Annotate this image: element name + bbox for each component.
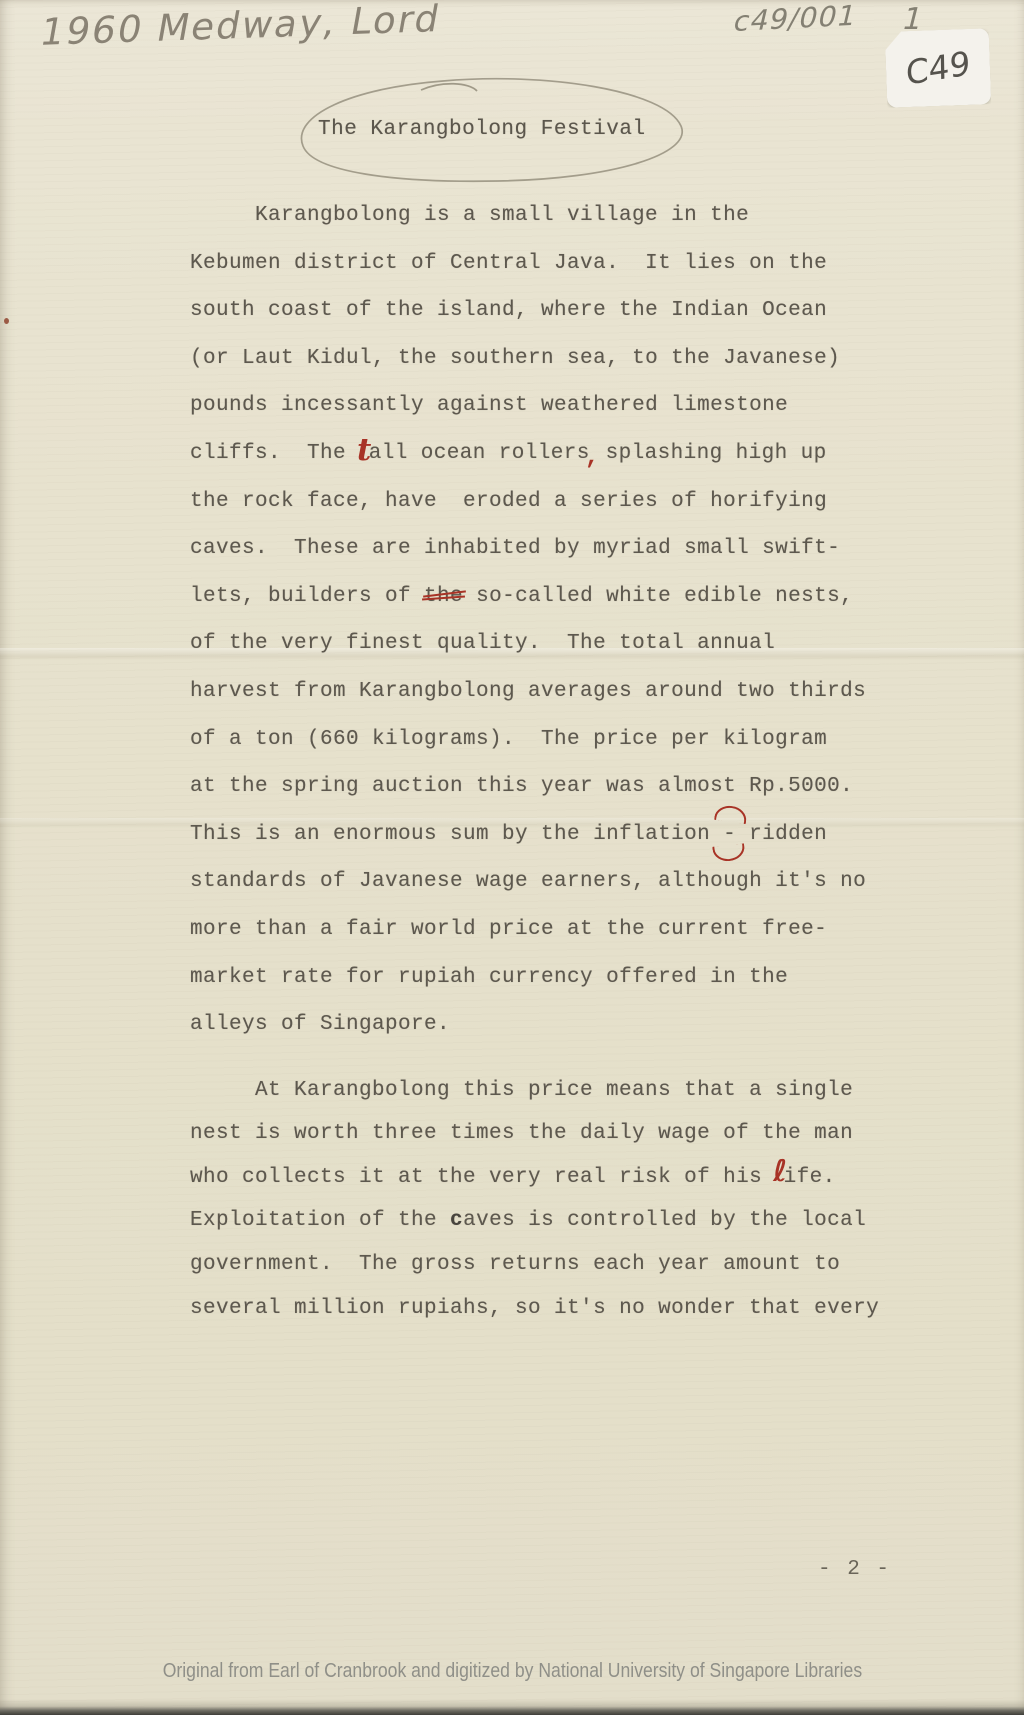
typed-line: Karangbolong is a small village in the <box>190 192 950 240</box>
typed-line: the rock face, have eroded a series of h… <box>190 478 950 526</box>
typed-line: This is an enormous sum by the inflation… <box>190 811 950 859</box>
overstruck-letter: c <box>450 1209 463 1232</box>
scanned-typescript-page: 1960 Medway, Lord c49/001 1 C49 The Kara… <box>0 0 1024 1715</box>
digitization-footer-text: Original from Earl of Cranbrook and digi… <box>162 1660 861 1683</box>
red-ink-closeup-mark: - <box>723 823 736 846</box>
handwritten-archive-code: c49/001 <box>730 0 860 38</box>
typed-line: government. The gross returns each year … <box>190 1243 950 1287</box>
typed-line: of the very finest quality. The total an… <box>190 620 950 668</box>
typed-line: caves. These are inhabited by myriad sma… <box>190 525 950 573</box>
red-ink-correction-letter: t <box>357 432 372 468</box>
typed-body: Karangbolong is a small village in theKe… <box>190 192 950 1330</box>
red-ink-inserted-comma: , <box>585 444 600 471</box>
typed-line: of a ton (660 kilograms). The price per … <box>190 716 950 764</box>
typed-line: more than a fair world price at the curr… <box>190 906 950 954</box>
digitization-footer: Original from Earl of Cranbrook and digi… <box>0 1660 1024 1683</box>
sticker-label: C49 <box>906 43 971 93</box>
typed-line: At Karangbolong this price means that a … <box>190 1069 950 1113</box>
typed-line: several million rupiahs, so it's no wond… <box>190 1287 950 1331</box>
typed-line: standards of Javanese wage earners, alth… <box>190 858 950 906</box>
typed-line: who collects it at the very real risk of… <box>190 1156 950 1200</box>
red-ink-strikethrough-word: the <box>424 585 463 608</box>
red-ink-correction-letter: ℓ <box>773 1154 788 1189</box>
typed-line: cliffs. The tall ocean rollers, splashin… <box>190 430 950 478</box>
ink-speck <box>4 318 9 324</box>
typed-line: at the spring auction this year was almo… <box>190 763 950 811</box>
bottom-page-edge <box>0 1699 1024 1715</box>
typed-line: alleys of Singapore. <box>190 1001 950 1049</box>
typed-line: Exploitation of the caves is controlled … <box>190 1199 950 1243</box>
page-number: - 2 - <box>818 1558 891 1581</box>
typed-line: Kebumen district of Central Java. It lie… <box>190 240 950 288</box>
typed-line: pounds incessantly against weathered lim… <box>190 382 950 430</box>
typed-line: (or Laut Kidul, the southern sea, to the… <box>190 335 950 383</box>
paragraph: At Karangbolong this price means that a … <box>190 1069 950 1331</box>
handwritten-year-author: 1960 Medway, Lord <box>37 0 444 54</box>
paragraph: Karangbolong is a small village in theKe… <box>190 192 950 1049</box>
typed-line: market rate for rupiah currency offered … <box>190 954 950 1002</box>
typed-line: south coast of the island, where the Ind… <box>190 287 950 335</box>
typed-line: lets, builders of the so-called white ed… <box>190 573 950 621</box>
archive-sticker: C49 <box>885 28 992 108</box>
typed-line: harvest from Karangbolong averages aroun… <box>190 668 950 716</box>
typed-line: nest is worth three times the daily wage… <box>190 1112 950 1156</box>
document-title: The Karangbolong Festival <box>318 118 646 141</box>
